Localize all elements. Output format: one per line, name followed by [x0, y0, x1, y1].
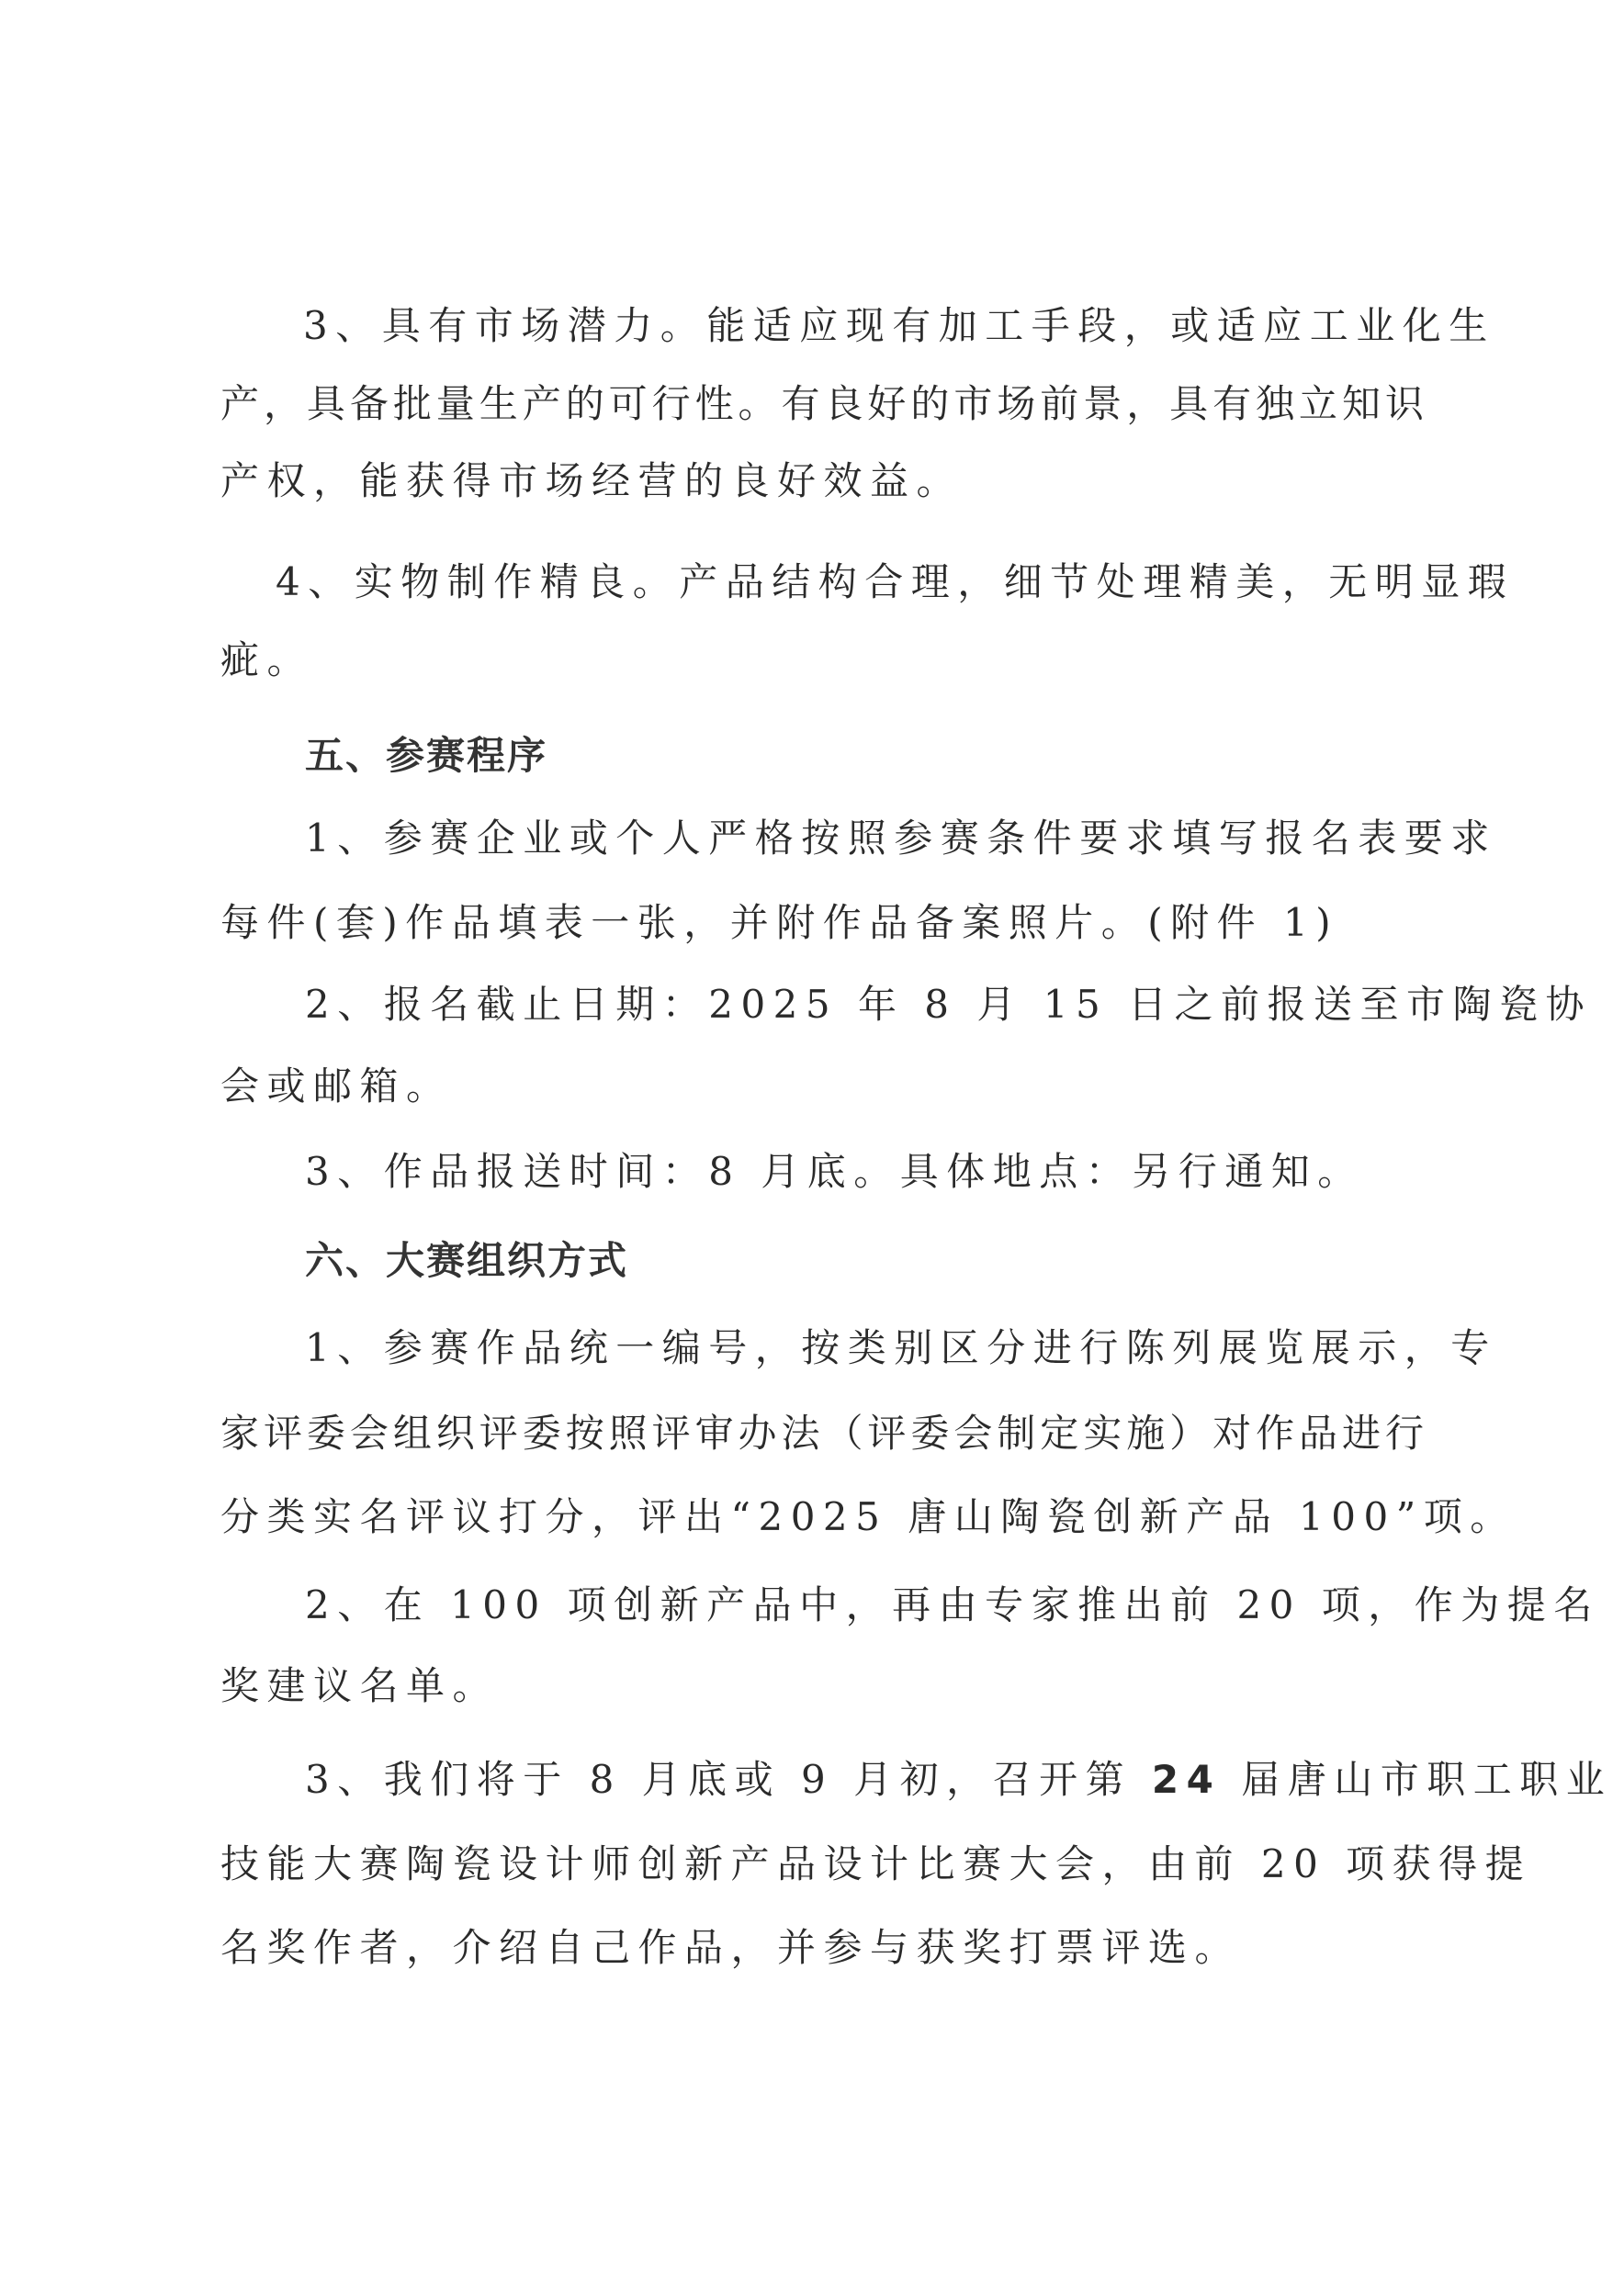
- paragraph-procedure-1-line-1: 1、参赛企业或个人严格按照参赛条件要求填写报名表要求: [305, 813, 1424, 864]
- paragraph-procedure-2-line-1: 2、报名截止日期：2025 年 8 月 15 日之前报送至市陶瓷协: [305, 979, 1424, 1030]
- section-heading-organization-method: 六、大赛组织方式: [305, 1235, 628, 1287]
- session-number: 24: [1152, 1757, 1221, 1802]
- paragraph-criteria-3-line-2: 产，具备批量生产的可行性。有良好的市场前景，具有独立知识: [220, 378, 1424, 430]
- paragraph-organization-2-line-2: 奖建议名单。: [220, 1660, 1424, 1712]
- organization-3-text-before-number: 3、我们将于 8 月底或 9 月初，召开第: [305, 1757, 1152, 1802]
- paragraph-criteria-4-line-2: 疵。: [220, 635, 1424, 686]
- paragraph-organization-2-line-1: 2、在 100 项创新产品中，再由专家推出前 20 项，作为提名: [305, 1580, 1424, 1631]
- paragraph-criteria-3-line-1: 3、具有市场潜力。能适应现有加工手段，或适应工业化生: [303, 300, 1424, 352]
- section-heading-participation-procedure: 五、参赛程序: [305, 730, 547, 782]
- paragraph-procedure-2-line-2: 会或邮箱。: [220, 1061, 1424, 1112]
- paragraph-procedure-3-line-1: 3、作品报送时间：8 月底。具体地点：另行通知。: [305, 1146, 1424, 1198]
- document-page: 3、具有市场潜力。能适应现有加工手段，或适应工业化生 产，具备批量生产的可行性。…: [0, 0, 1624, 2296]
- paragraph-organization-3-line-1: 3、我们将于 8 月底或 9 月初，召开第 24 届唐山市职工职业: [305, 1754, 1424, 1806]
- paragraph-criteria-3-line-3: 产权，能获得市场经营的良好效益。: [220, 456, 1424, 507]
- paragraph-organization-1-line-3: 分类实名评议打分，评出“2025 唐山陶瓷创新产品 100”项。: [220, 1491, 1424, 1543]
- paragraph-organization-3-line-2: 技能大赛陶瓷设计师创新产品设计比赛大会，由前 20 项获得提: [220, 1839, 1424, 1890]
- paragraph-procedure-1-line-2: 每件(套)作品填表一张，并附作品备案照片。(附件 1): [220, 897, 1424, 949]
- paragraph-organization-1-line-2: 家评委会组织评委按照评审办法（评委会制定实施）对作品进行: [220, 1408, 1424, 1459]
- paragraph-organization-1-line-1: 1、参赛作品统一编号，按类别区分进行陈列展览展示，专: [305, 1322, 1424, 1374]
- paragraph-organization-3-line-3: 名奖作者，介绍自己作品，并参与获奖打票评选。: [220, 1922, 1424, 1974]
- paragraph-criteria-4-line-1: 4、实物制作精良。产品结构合理，细节处理精美，无明显瑕: [276, 557, 1424, 608]
- organization-3-text-after-number: 届唐山市职工职业: [1221, 1757, 1612, 1802]
